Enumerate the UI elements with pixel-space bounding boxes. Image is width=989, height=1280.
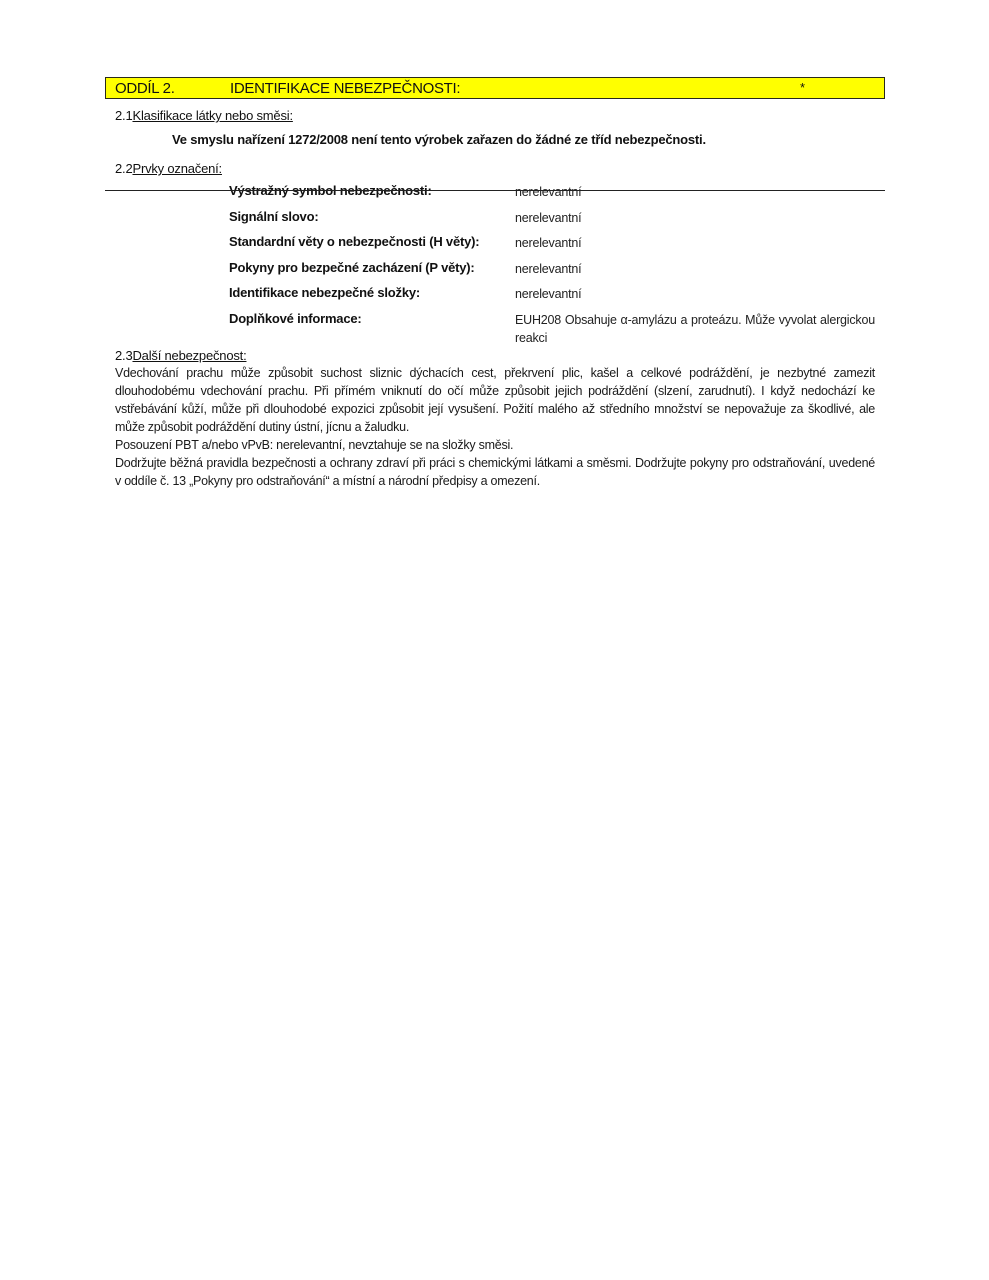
section-number: ODDÍL 2. [115, 80, 175, 97]
label-element-row: Doplňkové informace: EUH208 Obsahuje α-a… [229, 311, 875, 347]
subsection-title: Klasifikace látky nebo směsi: [132, 108, 292, 123]
label-element-row: Signální slovo: nerelevantní [229, 209, 875, 227]
document-page: ODDÍL 2. IDENTIFIKACE NEBEZPEČNOSTI: * 2… [105, 77, 885, 99]
element-value: nerelevantní [515, 209, 875, 227]
pbt-paragraph: Posouzení PBT a/nebo vPvB: nerelevantní,… [115, 436, 875, 454]
element-value: nerelevantní [515, 234, 875, 252]
section-bottom-rule [105, 190, 885, 191]
safety-paragraph: Dodržujte běžná pravidla bezpečnosti a o… [115, 454, 875, 490]
subsection-number: 2.1 [115, 108, 132, 123]
element-label: Pokyny pro bezpečné zacházení (P věty): [229, 260, 515, 278]
label-element-row: Standardní věty o nebezpečnosti (H věty)… [229, 234, 875, 252]
label-element-row: Výstražný symbol nebezpečnosti: nereleva… [229, 183, 875, 201]
element-label: Výstražný symbol nebezpečnosti: [229, 183, 515, 201]
element-value: nerelevantní [515, 183, 875, 201]
label-element-row: Identifikace nebezpečné složky: nereleva… [229, 285, 875, 303]
subsection-heading-2-3: 2.3Další nebezpečnost: [115, 348, 246, 363]
element-value: EUH208 Obsahuje α-amylázu a proteázu. Mů… [515, 311, 875, 347]
element-label: Identifikace nebezpečné složky: [229, 285, 515, 303]
element-value: nerelevantní [515, 260, 875, 278]
subsection-heading-2-1: 2.1Klasifikace látky nebo směsi: [115, 108, 293, 123]
revision-marker: * [800, 80, 805, 95]
label-elements-list: Výstražný symbol nebezpečnosti: nereleva… [229, 183, 875, 354]
classification-statement: Ve smyslu nařízení 1272/2008 není tento … [172, 132, 706, 147]
element-value: nerelevantní [515, 285, 875, 303]
subsection-heading-2-2: 2.2Prvky označení: [115, 161, 222, 176]
hazard-paragraph: Vdechování prachu může způsobit suchost … [115, 364, 875, 436]
element-label: Doplňkové informace: [229, 311, 515, 347]
subsection-title: Další nebezpečnost: [132, 348, 246, 363]
section-title: IDENTIFIKACE NEBEZPEČNOSTI: [230, 80, 460, 97]
label-element-row: Pokyny pro bezpečné zacházení (P věty): … [229, 260, 875, 278]
element-label: Signální slovo: [229, 209, 515, 227]
other-hazards-text: Vdechování prachu může způsobit suchost … [115, 364, 875, 490]
subsection-number: 2.2 [115, 161, 132, 176]
subsection-title: Prvky označení: [132, 161, 222, 176]
section-header: ODDÍL 2. IDENTIFIKACE NEBEZPEČNOSTI: * [105, 77, 885, 99]
element-label: Standardní věty o nebezpečnosti (H věty)… [229, 234, 515, 252]
subsection-number: 2.3 [115, 348, 132, 363]
